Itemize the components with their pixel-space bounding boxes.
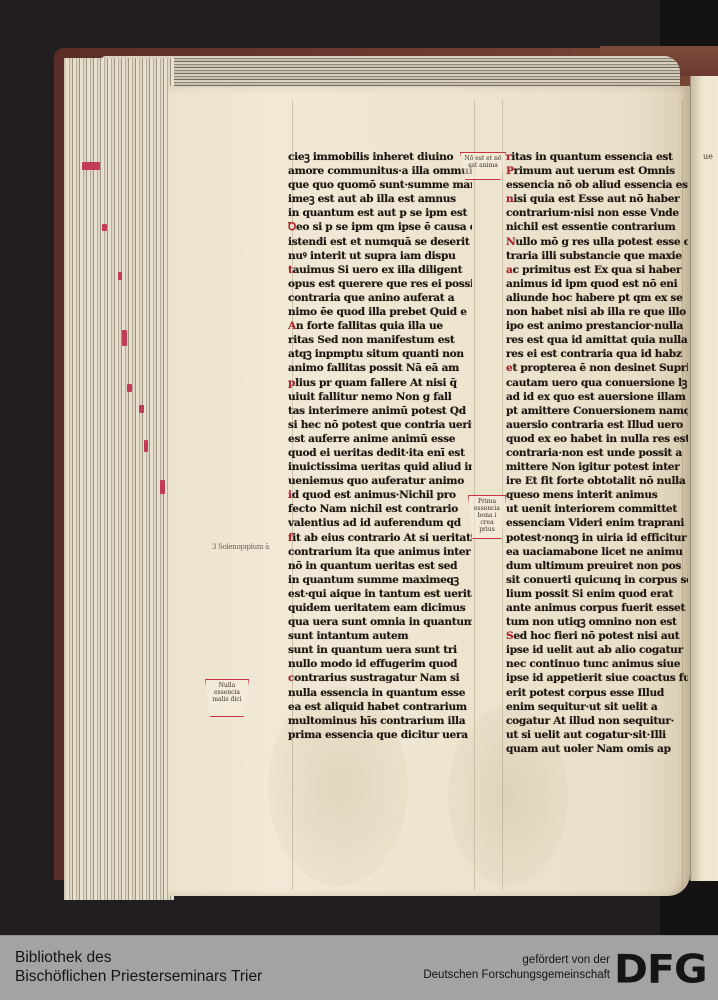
manuscript-line: queso mens interit animus xyxy=(506,488,688,502)
manuscript-line: cieꝫ immobilis inheret diuino xyxy=(288,150,472,164)
manuscript-line: Primum aut uerum est Omnis xyxy=(506,164,688,178)
rubric-initial: a xyxy=(506,264,513,276)
manuscript-line: istendi est et numquā se deserit xyxy=(288,235,472,249)
page-block-top-edge xyxy=(100,56,680,90)
red-tab-marker xyxy=(160,480,165,494)
manuscript-line: tauimus Si uero ex illa diligent xyxy=(288,263,472,277)
manuscript-line: auersio contraria est Illud uero xyxy=(506,418,688,432)
manuscript-line: ueniemus quo auferatur animo xyxy=(288,474,472,488)
manuscript-line: nullo modo id effugerim quod xyxy=(288,657,472,671)
manuscript-line: cogatur At illud non sequitur· xyxy=(506,714,688,728)
manuscript-line: valentius ad id auferendum qd xyxy=(288,516,472,530)
manuscript-line: ac primitus est Ex qua si haber xyxy=(506,263,688,277)
manuscript-line: opus est querere que res ei possit ee xyxy=(288,277,472,291)
red-tab-marker xyxy=(82,162,100,170)
manuscript-line: contrarium ita que animus inter xyxy=(288,545,472,559)
red-tab-marker xyxy=(139,405,144,413)
manuscript-line: ipse id appetierit siue coactus fu xyxy=(506,671,688,685)
page-block-fore-edge xyxy=(64,58,174,900)
manuscript-line: traria illi substancie que maxie xyxy=(506,249,688,263)
manuscript-line: nec continuo tunc animus siue xyxy=(506,657,688,671)
red-tab-marker xyxy=(122,330,127,346)
footer-bar: Bibliothek des Bischöflichen Priestersem… xyxy=(0,935,718,1000)
manuscript-line: inuictissima ueritas quid aliud in xyxy=(288,460,472,474)
rubric-initial: c xyxy=(288,672,294,684)
rubric-initial: t xyxy=(288,264,293,276)
red-tab-marker xyxy=(127,384,132,392)
manuscript-line: tas interimere animū potest Qd xyxy=(288,404,472,418)
manuscript-line: res est qua id amittat quia nulla xyxy=(506,333,688,347)
manuscript-line: Sed hoc fieri nō potest nisi aut xyxy=(506,629,688,643)
manuscript-line: contrarium·nisi non esse Vnde xyxy=(506,206,688,220)
manuscript-line: ire Et fit forte obtotalit nō nulla xyxy=(506,474,688,488)
manuscript-line: nichil est essentie contrarium xyxy=(506,220,688,234)
manuscript-line: ut si uelit aut cogatur·sit·Illi xyxy=(506,728,688,742)
funding-credit: gefördert von der Deutschen Forschungsge… xyxy=(423,953,610,983)
manuscript-line: non habet nisi ab illa re que illo xyxy=(506,305,688,319)
manuscript-line: fit ab eius contrario At si ueritati xyxy=(288,531,472,545)
rubric-initial: r xyxy=(506,151,511,163)
manuscript-line: quod ei ueritas dedit·ita enī est xyxy=(288,446,472,460)
manuscript-line: nimo ēe quod illa prebet Quid e xyxy=(288,305,472,319)
manuscript-line: ante animus corpus fuerit esset xyxy=(506,601,688,615)
manuscript-line: nuꝰ interit ut supra iam dispu xyxy=(288,249,472,263)
manuscript-line: plius pr quam fallere At nisi q̄ xyxy=(288,376,472,390)
manuscript-line: animus id ipm quod est nō eni xyxy=(506,277,688,291)
manuscript-line: sunt intantum autem xyxy=(288,629,472,643)
manuscript-line: nisi quia est Esse aut nō haber xyxy=(506,192,688,206)
manuscript-line: tum non utiqꝫ omnino non est xyxy=(506,615,688,629)
manuscript-line: sunt in quantum uera sunt tri xyxy=(288,643,472,657)
manuscript-line: contraria·non est unde possit a xyxy=(506,446,688,460)
marginal-gloss-bottom: Nulla essencia malis dici xyxy=(205,679,249,717)
manuscript-line: et propterea ē non desinet Supri xyxy=(506,361,688,375)
manuscript-line: ritas Sed non manifestum est xyxy=(288,333,472,347)
facing-page xyxy=(690,76,718,881)
text-column-right: ritas in quantum essencia estPrimum aut … xyxy=(506,150,688,756)
manuscript-line: imeꝫ est aut ab illa est amnus xyxy=(288,192,472,206)
manuscript-line: mittere Non igitur potest inter xyxy=(506,460,688,474)
manuscript-line: Ꝺeo si p se ipm qm ipse ē causa ex xyxy=(288,220,472,234)
red-tab-marker xyxy=(144,440,148,452)
manuscript-line: pt amittere Conuersionem namqꝫ xyxy=(506,404,688,418)
institution-line-2: Bischöflichen Priesterseminars Trier xyxy=(15,967,262,986)
manuscript-line: amore communitus·a illa ommui xyxy=(288,164,472,178)
manuscript-scan: ue cieꝫ immobilis inheret diuinoamore co… xyxy=(0,0,718,935)
manuscript-line: id quod est animus·Nichil pro xyxy=(288,488,472,502)
manuscript-line: sit conuerti quicunq in corpus so xyxy=(506,573,688,587)
manuscript-line: cautam uero qua conuersione lꝫ xyxy=(506,376,688,390)
manuscript-line: ad id ex quo est auersione illam xyxy=(506,390,688,404)
rubric-initial: A xyxy=(288,320,296,332)
manuscript-line: Nullo mō g res ulla potest esse co xyxy=(506,235,688,249)
institution-line-1: Bibliothek des xyxy=(15,948,262,967)
manuscript-line: quidem ueritatem eam dicimus xyxy=(288,601,472,615)
manuscript-line: si hec nō potest que contria ueritati xyxy=(288,418,472,432)
manuscript-line: multominus hīs contrarium illa xyxy=(288,714,472,728)
rubric-initial: Ꝺ xyxy=(288,221,296,233)
institution-name: Bibliothek des Bischöflichen Priestersem… xyxy=(15,948,262,986)
manuscript-line: ea uaciamabone licet ne animu xyxy=(506,545,688,559)
red-tab-marker xyxy=(118,272,122,280)
manuscript-line: enim sequitur·ut sit uelit a xyxy=(506,700,688,714)
marginal-gloss-middle: Prima essencia bona i crea prius xyxy=(468,495,506,539)
funding-line-1: gefördert von der xyxy=(423,953,610,968)
manuscript-line: ut uenit interiorem committet xyxy=(506,502,688,516)
manuscript-line: nō in quantum ueritas est sed xyxy=(288,559,472,573)
rubric-initial: S xyxy=(506,630,513,642)
marginal-note: 3 Solenopiplum ā xyxy=(212,543,269,551)
manuscript-line: quam aut uoler Nam omis ap xyxy=(506,742,688,756)
funding-line-2: Deutschen Forschungsgemeinschaft xyxy=(423,968,610,983)
manuscript-line: fecto Nam nichil est contrario xyxy=(288,502,472,516)
rubric-initial: e xyxy=(506,362,512,374)
text-column-left: cieꝫ immobilis inheret diuinoamore commu… xyxy=(288,150,472,742)
rubric-initial: f xyxy=(288,532,292,544)
dfg-logo: DFG xyxy=(614,952,707,986)
manuscript-line: ritas in quantum essencia est xyxy=(506,150,688,164)
rubric-initial: P xyxy=(506,165,514,177)
rubric-initial: N xyxy=(506,236,515,248)
manuscript-line: qua uera sunt omnia in quantum xyxy=(288,615,472,629)
manuscript-line: contraria que anino auferat a xyxy=(288,291,472,305)
manuscript-line: dum ultimum preuiret non pos xyxy=(506,559,688,573)
rubric-initial: n xyxy=(506,193,513,205)
manuscript-line: res ei est contraria qua id habz xyxy=(506,347,688,361)
manuscript-line: animo fallitas possit Nā eā am xyxy=(288,361,472,375)
manuscript-line: est auferre anime animū esse xyxy=(288,432,472,446)
manuscript-line: contrarius sustragatur Nam si xyxy=(288,671,472,685)
manuscript-line: An forte fallitas quia illa ue xyxy=(288,319,472,333)
manuscript-line: aliunde hoc habere pt qm ex se xyxy=(506,291,688,305)
manuscript-line: quod ex eo habet in nulla res est xyxy=(506,432,688,446)
rubric-initial: p xyxy=(288,377,295,389)
manuscript-line: lium possit Si enim quod erat xyxy=(506,587,688,601)
manuscript-line: in quantum est aut p se ipm est xyxy=(288,206,472,220)
manuscript-line: ea est aliquid habet contrarium xyxy=(288,700,472,714)
manuscript-line: in quantum summe maximeqꝫ xyxy=(288,573,472,587)
manuscript-line: nulla essencia in quantum esse xyxy=(288,686,472,700)
facing-page-mark: ue xyxy=(703,152,713,161)
manuscript-line: potest·nonqꝫ in uiria id efficitur xyxy=(506,531,688,545)
rubric-initial: i xyxy=(288,489,292,501)
manuscript-line: erit potest corpus esse Illud xyxy=(506,686,688,700)
manuscript-line: prima essencia que dicitur uera xyxy=(288,728,472,742)
manuscript-line: essencia nō ob aliud essencia est xyxy=(506,178,688,192)
manuscript-line: essenciam Videri enim traprani xyxy=(506,516,688,530)
marginal-gloss-top: Nō est et nō est anima xyxy=(460,152,506,180)
manuscript-line: uiuit fallitur nemo Non g fall xyxy=(288,390,472,404)
manuscript-line: ipo est animo prestancior·nulla xyxy=(506,319,688,333)
manuscript-line: atqꝫ inpmptu situm quanti non xyxy=(288,347,472,361)
manuscript-line: ipse id uelit aut ab alio cogatur xyxy=(506,643,688,657)
manuscript-line: que quo quomō sunt·summe mar xyxy=(288,178,472,192)
manuscript-line: est·qui aique in tantum est ueritas xyxy=(288,587,472,601)
red-tab-marker xyxy=(102,224,107,231)
